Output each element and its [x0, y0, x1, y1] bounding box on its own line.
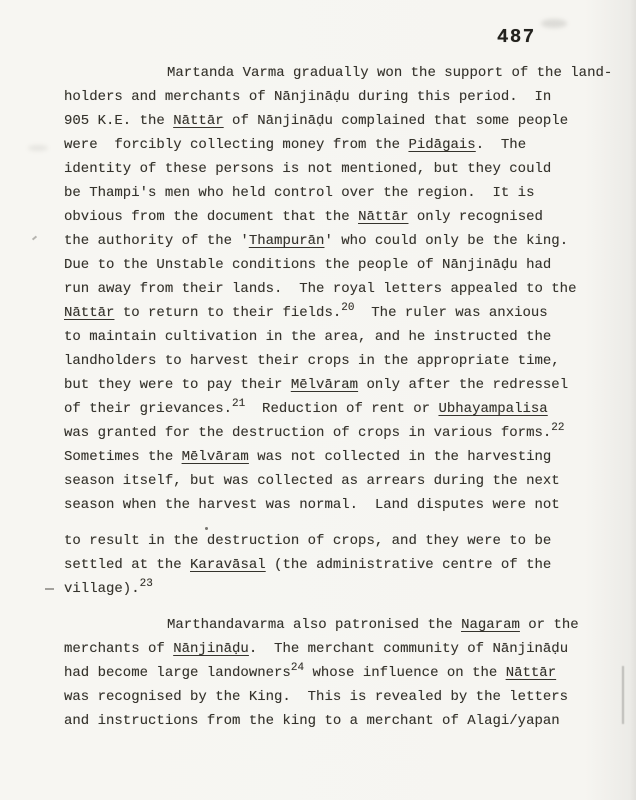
text-segment: . The merchant community of Nānjināḍu	[249, 641, 568, 657]
scan-artifact	[28, 145, 48, 151]
footnote-ref: 22	[551, 422, 564, 434]
text-line: settled at the Karavāsal (the administra…	[64, 553, 580, 577]
text-segment: only after the redressel	[358, 377, 568, 393]
underlined-term: Nānjināḍu	[173, 641, 249, 657]
paragraph-block: to result in the destruction of crops, a…	[64, 529, 580, 601]
text-line: of their grievances.21 Reduction of rent…	[64, 397, 580, 421]
text-line: to result in the destruction of crops, a…	[64, 529, 580, 553]
text-line: and instructions from the king to a merc…	[64, 709, 580, 733]
underlined-term: Ubhayampalisa	[438, 401, 547, 417]
text-line: village).23	[64, 577, 580, 601]
text-segment: or the	[520, 617, 579, 633]
text-line: season when the harvest was normal. Land…	[64, 493, 580, 517]
underlined-term: Nāttār	[173, 113, 223, 129]
scan-artifact	[32, 236, 37, 241]
underlined-term: Thampurān	[249, 233, 325, 249]
text-line: Due to the Unstable conditions the peopl…	[64, 253, 580, 277]
text-segment: The ruler was anxious	[354, 305, 547, 321]
scanned-document-page: 487 Martanda Varma gradually won the sup…	[0, 0, 636, 800]
text-segment: run away from their lands. The royal let…	[64, 281, 576, 297]
text-segment: 905 K.E. the	[64, 113, 173, 129]
text-segment: was granted for the destruction of crops…	[64, 425, 551, 441]
text-segment: season itself, but was collected as arre…	[64, 473, 560, 489]
text-segment: village).	[64, 581, 140, 597]
footnote-ref: 20	[341, 302, 354, 314]
underlined-term: Karavāsal	[190, 557, 266, 573]
text-segment: holders and merchants of Nānjināḍu durin…	[64, 89, 551, 105]
text-line: the authority of the 'Thampurān' who cou…	[64, 229, 580, 253]
text-line: Nāttār to return to their fields.20 The …	[64, 301, 580, 325]
text-line: but they were to pay their Mēlvāram only…	[64, 373, 580, 397]
text-line: Sometimes the Mēlvāram was not collected…	[64, 445, 580, 469]
scan-artifact	[541, 19, 567, 28]
text-line: had become large landowners24 whose infl…	[64, 661, 580, 685]
text-segment: (the administrative centre of the	[266, 557, 552, 573]
text-line: to maintain cultivation in the area, and…	[64, 325, 580, 349]
text-line: was recognised by the King. This is reve…	[64, 685, 580, 709]
scan-artifact	[622, 666, 624, 724]
text-segment: to maintain cultivation in the area, and…	[64, 329, 551, 345]
text-segment: identity of these persons is not mention…	[64, 161, 551, 177]
text-segment: only recognised	[408, 209, 542, 225]
text-segment: of Nānjināḍu complained that some people	[224, 113, 568, 129]
text-segment: but they were to pay their	[64, 377, 291, 393]
text-line: obvious from the document that the Nāttā…	[64, 205, 580, 229]
text-segment: Sometimes the	[64, 449, 182, 465]
text-segment: to result in the destruction of crops, a…	[64, 533, 551, 549]
underlined-term: Mēlvāram	[182, 449, 249, 465]
underlined-term: Nāttār	[358, 209, 408, 225]
text-segment: had become large landowners	[64, 665, 291, 681]
text-line: Marthandavarma also patronised the Nagar…	[64, 613, 580, 637]
text-segment: was not collected in the harvesting	[249, 449, 551, 465]
text-segment: ' who could only be the king.	[324, 233, 568, 249]
footnote-ref: 23	[140, 578, 153, 590]
text-segment: Reduction of rent or	[245, 401, 438, 417]
underlined-term: Nāttār	[64, 305, 114, 321]
text-segment: to return to their fields.	[114, 305, 341, 321]
page-number: 487	[497, 26, 536, 48]
text-segment: landholders to harvest their crops in th…	[64, 353, 560, 369]
paragraph-block: Marthandavarma also patronised the Nagar…	[64, 613, 580, 733]
text-line: merchants of Nānjināḍu. The merchant com…	[64, 637, 580, 661]
scan-artifact	[45, 588, 54, 590]
text-line: identity of these persons is not mention…	[64, 157, 580, 181]
text-segment: settled at the	[64, 557, 190, 573]
text-line: were forcibly collecting money from the …	[64, 133, 580, 157]
text-segment: Marthandavarma also patronised the	[167, 617, 461, 633]
text-segment: were forcibly collecting money from the	[64, 137, 408, 153]
text-segment: obvious from the document that the	[64, 209, 358, 225]
underlined-term: Pidāgais	[408, 137, 475, 153]
text-segment: Due to the Unstable conditions the peopl…	[64, 257, 551, 273]
text-segment: Martanda Varma gradually won the support…	[167, 65, 612, 81]
paragraph-block: Martanda Varma gradually won the support…	[64, 61, 580, 517]
text-line: season itself, but was collected as arre…	[64, 469, 580, 493]
text-segment: was recognised by the King. This is reve…	[64, 689, 568, 705]
text-segment: and instructions from the king to a merc…	[64, 713, 560, 729]
text-line: landholders to harvest their crops in th…	[64, 349, 580, 373]
underlined-term: Nagaram	[461, 617, 520, 633]
footnote-ref: 21	[232, 398, 245, 410]
text-segment: . The	[476, 137, 526, 153]
text-line: 905 K.E. the Nāttār of Nānjināḍu complai…	[64, 109, 580, 133]
text-line: run away from their lands. The royal let…	[64, 277, 580, 301]
text-line: holders and merchants of Nānjināḍu durin…	[64, 85, 580, 109]
text-line: be Thampi's men who held control over th…	[64, 181, 580, 205]
text-segment: be Thampi's men who held control over th…	[64, 185, 534, 201]
underlined-term: Nāttār	[506, 665, 556, 681]
text-segment: merchants of	[64, 641, 173, 657]
text-segment: the authority of the '	[64, 233, 249, 249]
text-line: Martanda Varma gradually won the support…	[64, 61, 580, 85]
text-segment: whose influence on the	[304, 665, 506, 681]
footnote-ref: 24	[291, 662, 304, 674]
text-line: was granted for the destruction of crops…	[64, 421, 580, 445]
text-segment: of their grievances.	[64, 401, 232, 417]
text-segment: season when the harvest was normal. Land…	[64, 497, 560, 513]
underlined-term: Mēlvāram	[291, 377, 358, 393]
text-block: Martanda Varma gradually won the support…	[64, 61, 580, 733]
